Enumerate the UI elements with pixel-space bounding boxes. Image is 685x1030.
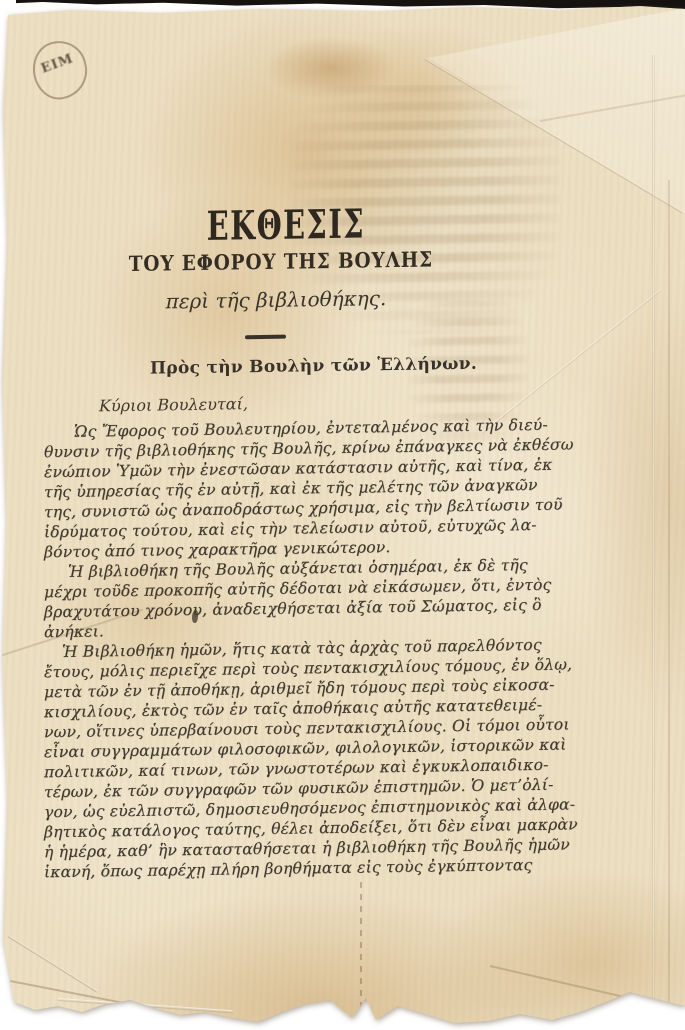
report-subtitle-text: ΤΟΥ ΕΦΟΡΟΥ ΤΗΣ ΒΟΥΛΗΣ — [129, 246, 433, 276]
addressee-line: Πρὸς τὴν Βουλὴν τῶν Ἑλλήνων. — [150, 354, 477, 379]
document-page: ΕΙΜ ΕΚΘΕΣΙΣ ΤΟΥ ΕΦΟΡΟΥ ΤΗΣ ΒΟΥΛΗΣ περὶ τ… — [0, 0, 685, 1030]
scanned-page-canvas: ΕΙΜ ΕΚΘΕΣΙΣ ΤΟΥ ΕΦΟΡΟΥ ΤΗΣ ΒΟΥΛΗΣ περὶ τ… — [0, 0, 685, 1030]
report-title: ΕΚΘΕΣΙΣ — [0, 197, 572, 252]
body-paragraph: Ὡς Ἔφορος τοῦ Βουλευτηρίου, ἐντεταλμένος… — [44, 414, 574, 562]
report-title-text: ΕΚΘΕΣΙΣ — [207, 200, 365, 249]
paper-shadow-wrap: ΕΙΜ ΕΚΘΕΣΙΣ ΤΟΥ ΕΦΟΡΟΥ ΤΗΣ ΒΟΥΛΗΣ περὶ τ… — [0, 0, 685, 1030]
body-paragraph: Ἡ βιβλιοθήκη τῆς Βουλῆς αὐξάνεται ὁσημέρ… — [44, 555, 551, 643]
printed-text-layer: ΕΚΘΕΣΙΣ ΤΟΥ ΕΦΟΡΟΥ ΤΗΣ ΒΟΥΛΗΣ περὶ τῆς β… — [0, 0, 685, 1030]
body-paragraph: Ἡ Βιβλιοθήκη ἡμῶν, ἥτις κατὰ τὰς ἀρχὰς τ… — [44, 634, 578, 882]
title-divider — [245, 335, 286, 339]
salutation-line: Κύριοι Βουλευταί, — [99, 394, 248, 415]
report-subject-line: περὶ τῆς βιβλιοθήκης. — [0, 284, 552, 316]
